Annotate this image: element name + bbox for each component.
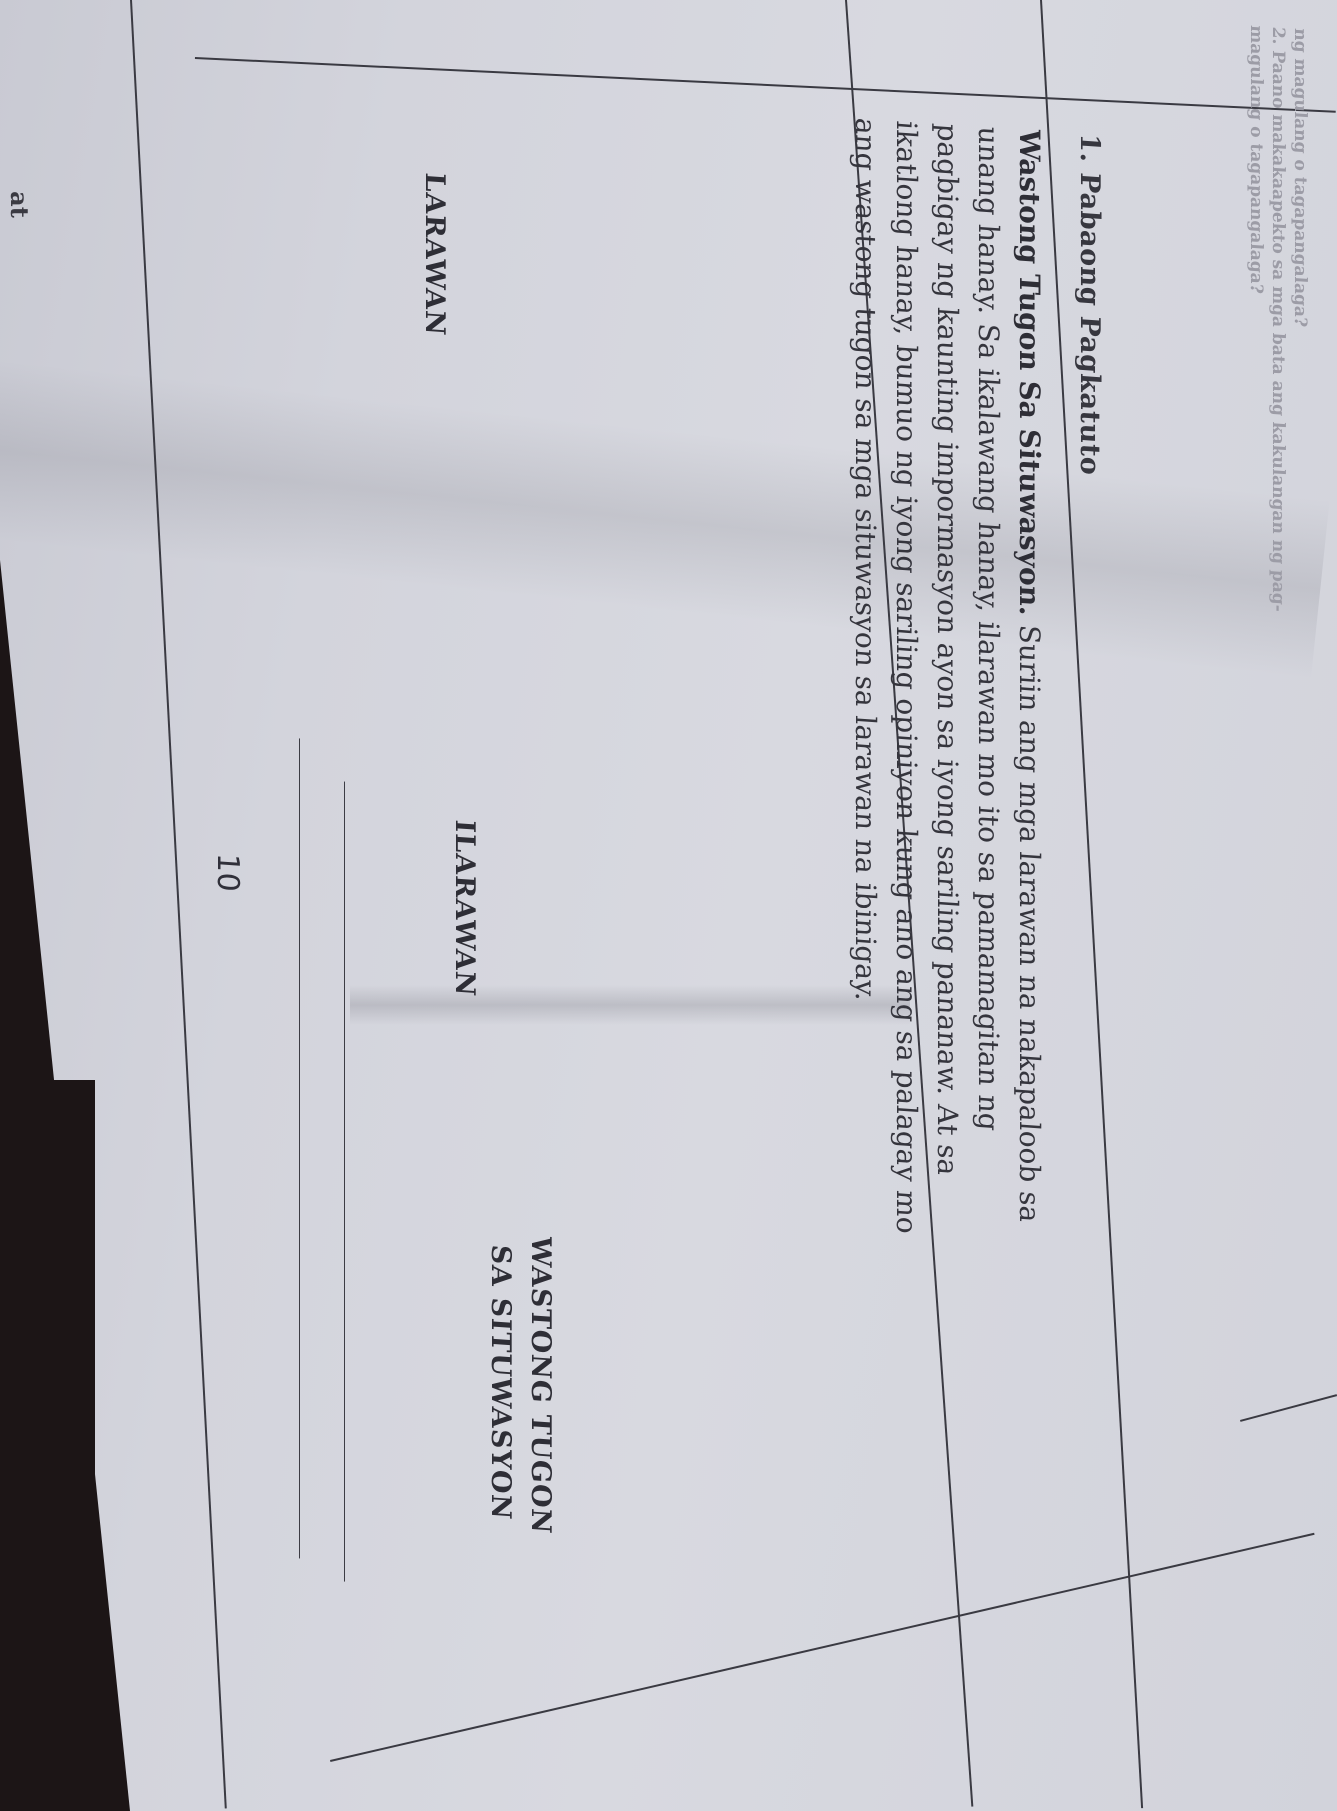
answer-line-2[interactable] — [299, 738, 300, 1558]
column-header-larawan: LARAWAN — [419, 172, 450, 337]
worksheet-page: ng magulang o tagapangalaga? 2. Paano ma… — [80, 63, 1180, 1700]
answer-line-1[interactable] — [344, 782, 345, 1582]
section-heading: 1. Pabaong Pagkatuto — [1074, 133, 1105, 477]
faint-question-line-3: magulang o tagapangalaga? — [1246, 25, 1266, 295]
instruction-title: Wastong Tugon Sa Situwasyon. — [1013, 128, 1046, 617]
instruction-paragraph: Wastong Tugon Sa Situwasyon. Suriin ang … — [845, 117, 1050, 1251]
column-header-ilarawan: ILARAWAN — [449, 819, 480, 998]
column-header-wastong-tugon-text: WASTONG TUGON SA SITUWASYON — [485, 1235, 556, 1535]
page-number: 10 — [210, 852, 245, 893]
cut-off-text: at — [5, 191, 34, 218]
faint-question-line-1: ng magulang o tagapangalaga? — [1290, 28, 1310, 328]
column-header-wastong-tugon: WASTONG TUGON SA SITUWASYON — [480, 1231, 560, 1537]
faint-question-line-2: 2. Paano makakaapekto sa mga bata ang ka… — [1268, 26, 1288, 612]
